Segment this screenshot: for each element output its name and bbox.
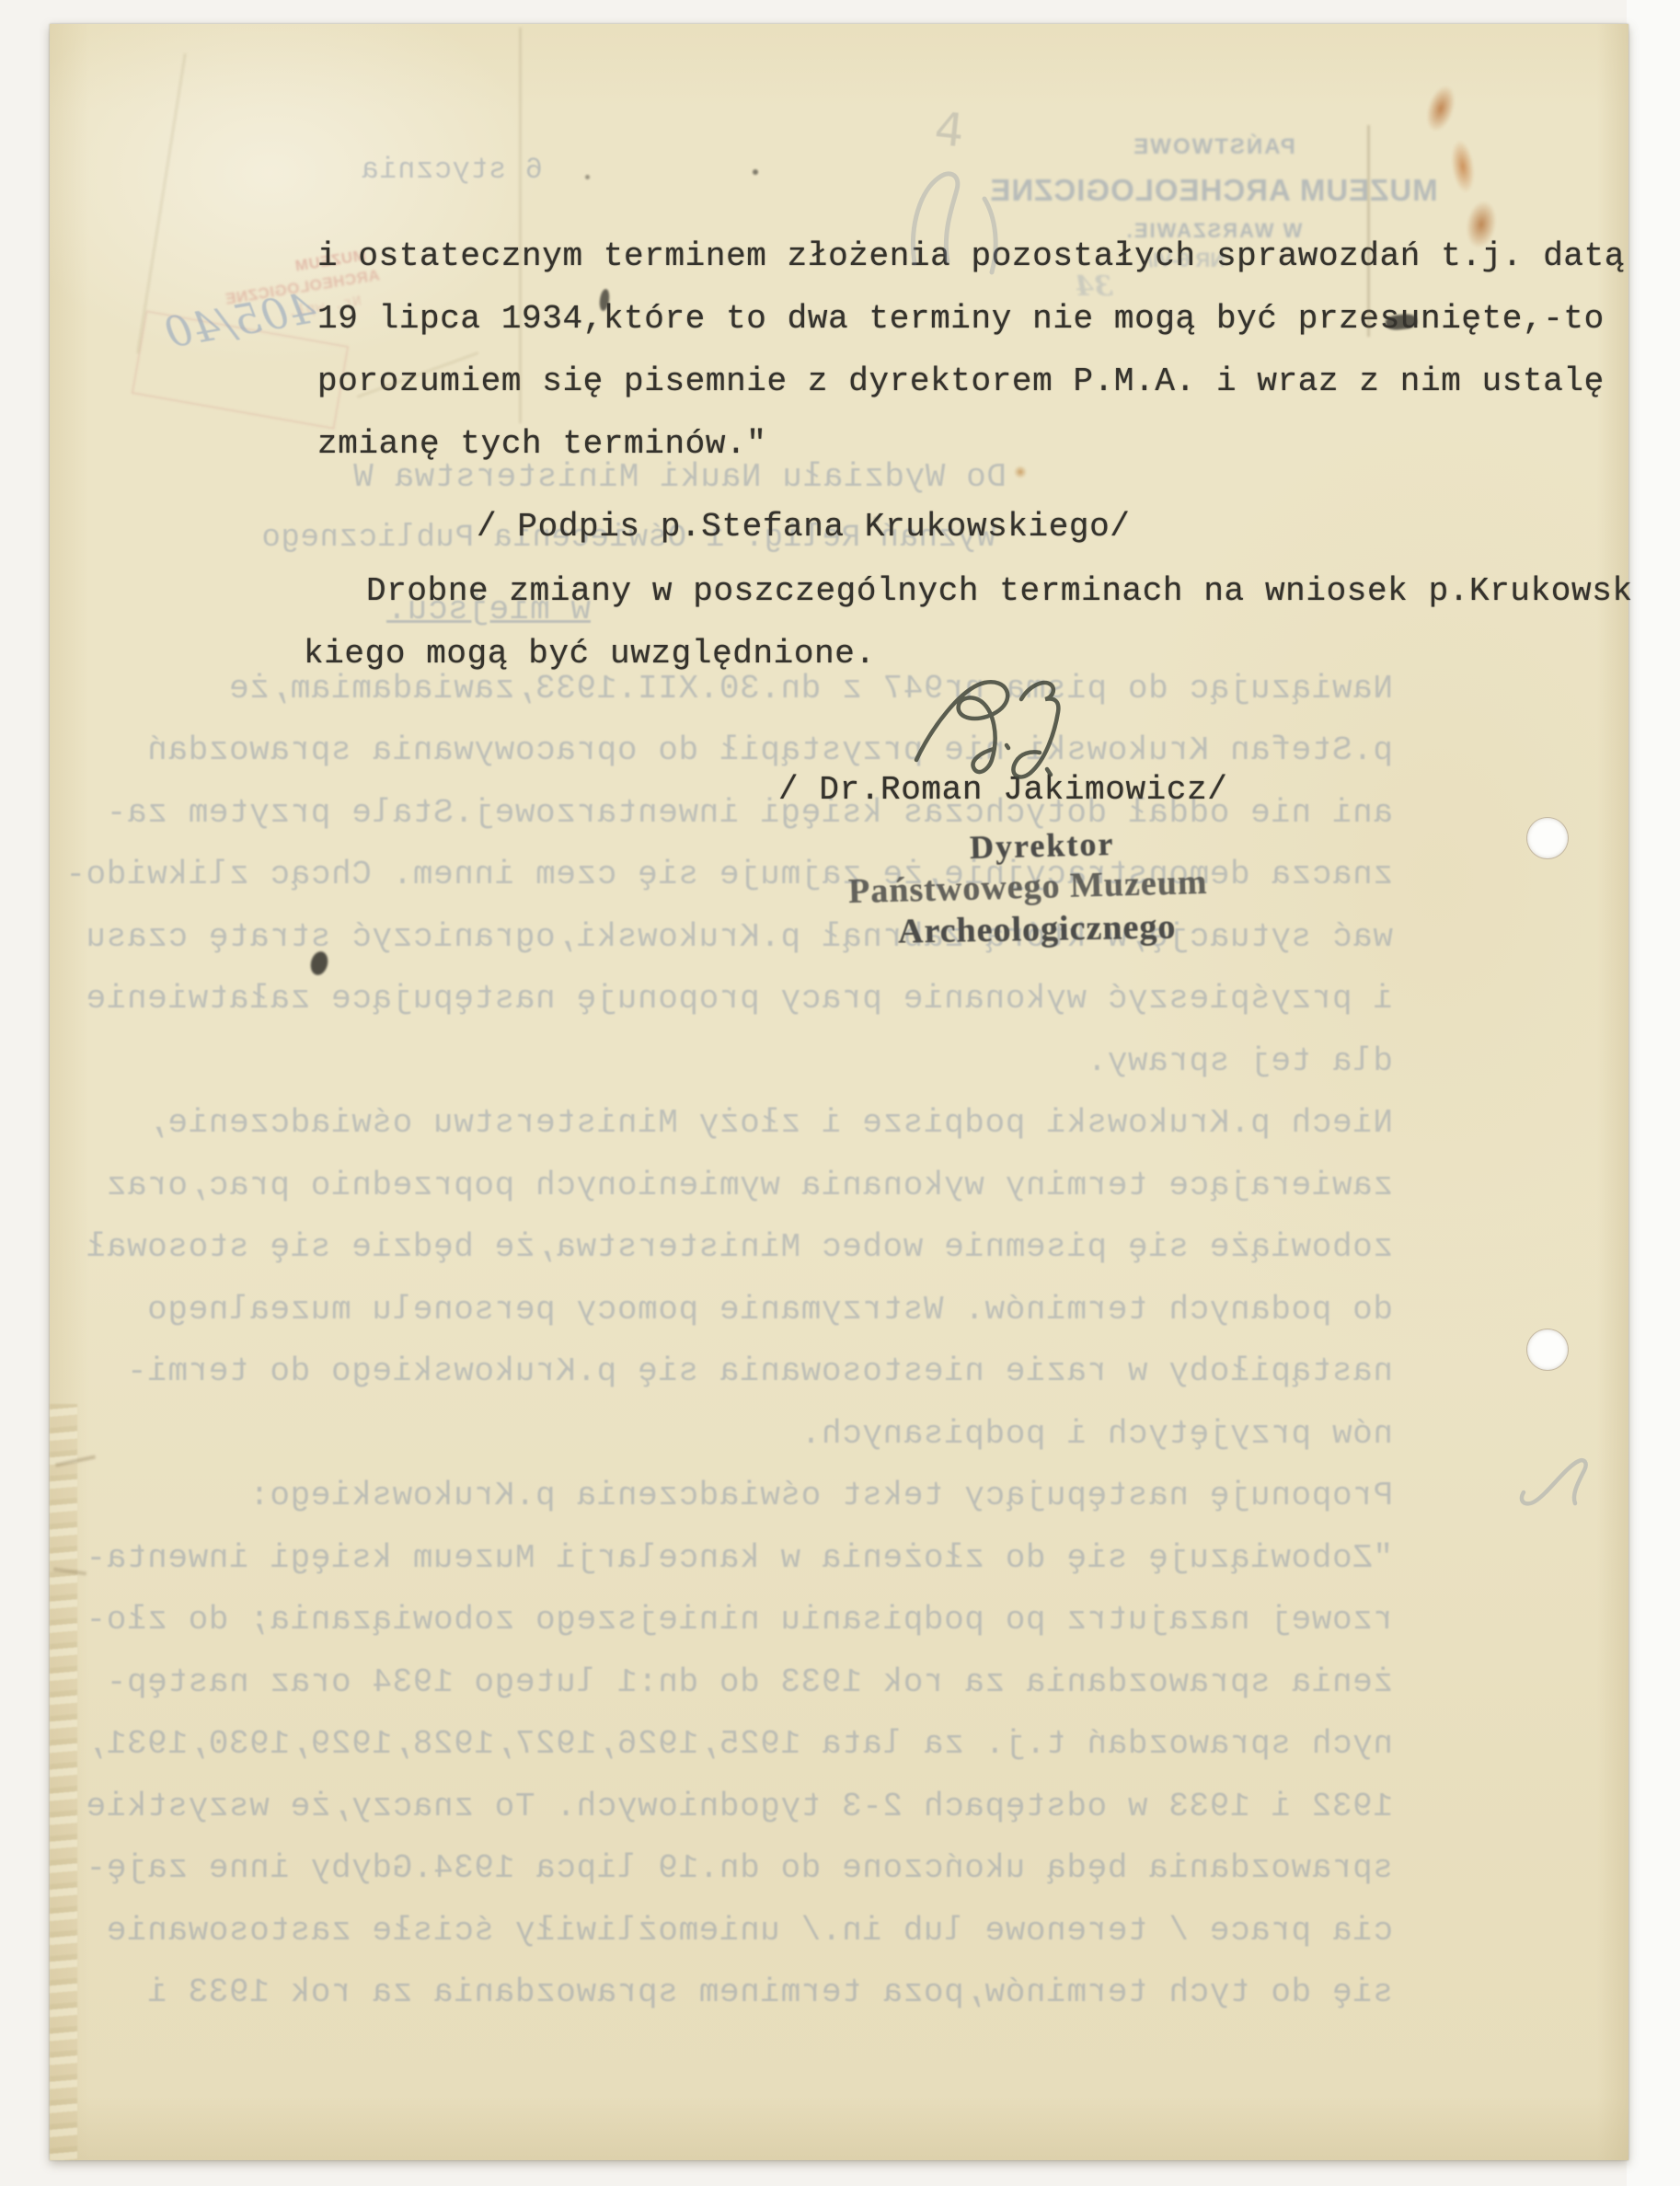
bleed-address-line: Do Wydziału Nauki Ministerstwa W [372, 458, 1007, 496]
bleed-body-line: cia prace / terenowe lub in./ uniemożliw… [59, 1912, 1393, 1950]
bleed-body-line: sprawozdania będą ukończone do dn.19 lip… [59, 1849, 1393, 1887]
rust-stain [1014, 466, 1027, 478]
typed-line: porozumiem się pisemnie z dyrektorem P.M… [317, 362, 1605, 400]
punch-hole [1526, 817, 1569, 859]
typed-line: zmianę tych terminów." [317, 425, 766, 463]
bleed-body-line: się do tych terminów,poza terminem spraw… [59, 1973, 1393, 2011]
pencil-squiggle [896, 144, 1016, 282]
bleed-body-line: do podanych terminów. Wstrzymanie pomocy… [59, 1291, 1393, 1329]
bleed-body-line: zawierające terminy wykonania wymieniony… [59, 1167, 1393, 1204]
bleed-body-line: nów przyjętych i podpisanych. [59, 1415, 1393, 1453]
director-stamp-line: Państwowego Muzeum [847, 862, 1208, 912]
rust-stain [1448, 139, 1478, 195]
director-stamp-line: Archeologicznego [898, 906, 1177, 951]
bleed-body-line: żenia sprawozdania za rok 1933 do dn:1 l… [59, 1663, 1393, 1701]
museum-stamp-number: 34 [1053, 270, 1135, 303]
paper-crease [1367, 125, 1370, 337]
bleed-body-line: nych sprawozdań t.j. za lata 1925,1926,1… [59, 1725, 1393, 1763]
bleed-body-line: Niech p.Krukowski podpisze i złoży Minis… [59, 1104, 1476, 1142]
bleed-body-line: rzowej nazajutrz po podpisaniu niniejsze… [59, 1601, 1393, 1639]
bleed-body-line: Proponuję następujący tekst oświadczenia… [59, 1477, 1476, 1514]
bleed-body-line: "Zobowiązuję się do złożenia w kancelarj… [59, 1539, 1393, 1577]
bleed-body-line: wać sytuację,w którą zabrnął p.Krukowski… [59, 918, 1393, 956]
handwritten-initials-signature [903, 657, 1078, 795]
scanner-background [1627, 0, 1680, 2186]
bleed-body-line: zobowiąże się pisemnie wobec Ministerstw… [59, 1228, 1393, 1266]
bleed-body-line: Nawiązując do pisma nr947 z dn.30.XII.19… [59, 670, 1476, 708]
museum-stamp-line: PAŃSTWOWE [1076, 134, 1352, 160]
paper-crease [519, 28, 522, 423]
typed-signature-caption: / Podpis p.Stefana Krukowskiego/ [477, 508, 1131, 546]
rust-stain [1421, 82, 1461, 135]
bleed-body-line: p.Stefan Krukowski nie przystąpił do opr… [59, 731, 1393, 769]
paper-speck [874, 517, 879, 522]
paper-speck [585, 175, 590, 179]
bleed-date-note: 6 stycznia [331, 153, 543, 187]
bleed-body-line: nastąpiłoby w razie niestosowania się p.… [59, 1352, 1393, 1390]
paper-sheet: 6 stycznia PAŃSTWOWE MUZEUM ARCHEOLOGICZ… [50, 24, 1628, 2160]
bleed-body-line: i przyśpieszyć wykonanie pracy proponuję… [59, 980, 1393, 1018]
typed-line: kiego mogą być uwzględnione. [304, 635, 876, 673]
bleed-body-line: dla tej sprawy. [59, 1042, 1393, 1080]
paper-speck [753, 169, 758, 175]
museum-stamp-line: MUZEUM ARCHEOLOGICZNE [979, 173, 1448, 208]
typed-line: Drobne zmiany w poszczególnych terminach… [366, 572, 1633, 610]
punch-hole [1526, 1329, 1569, 1371]
document-scan: 6 stycznia PAŃSTWOWE MUZEUM ARCHEOLOGICZ… [0, 0, 1680, 2186]
director-stamp-line: Dyrektor [969, 824, 1114, 867]
bleed-body-line: 1932 i 1933 w odstępach 2-3 tygodniowych… [59, 1788, 1393, 1825]
pencil-squiggle [1511, 1448, 1594, 1513]
paper-edge-damage [50, 1404, 77, 2160]
